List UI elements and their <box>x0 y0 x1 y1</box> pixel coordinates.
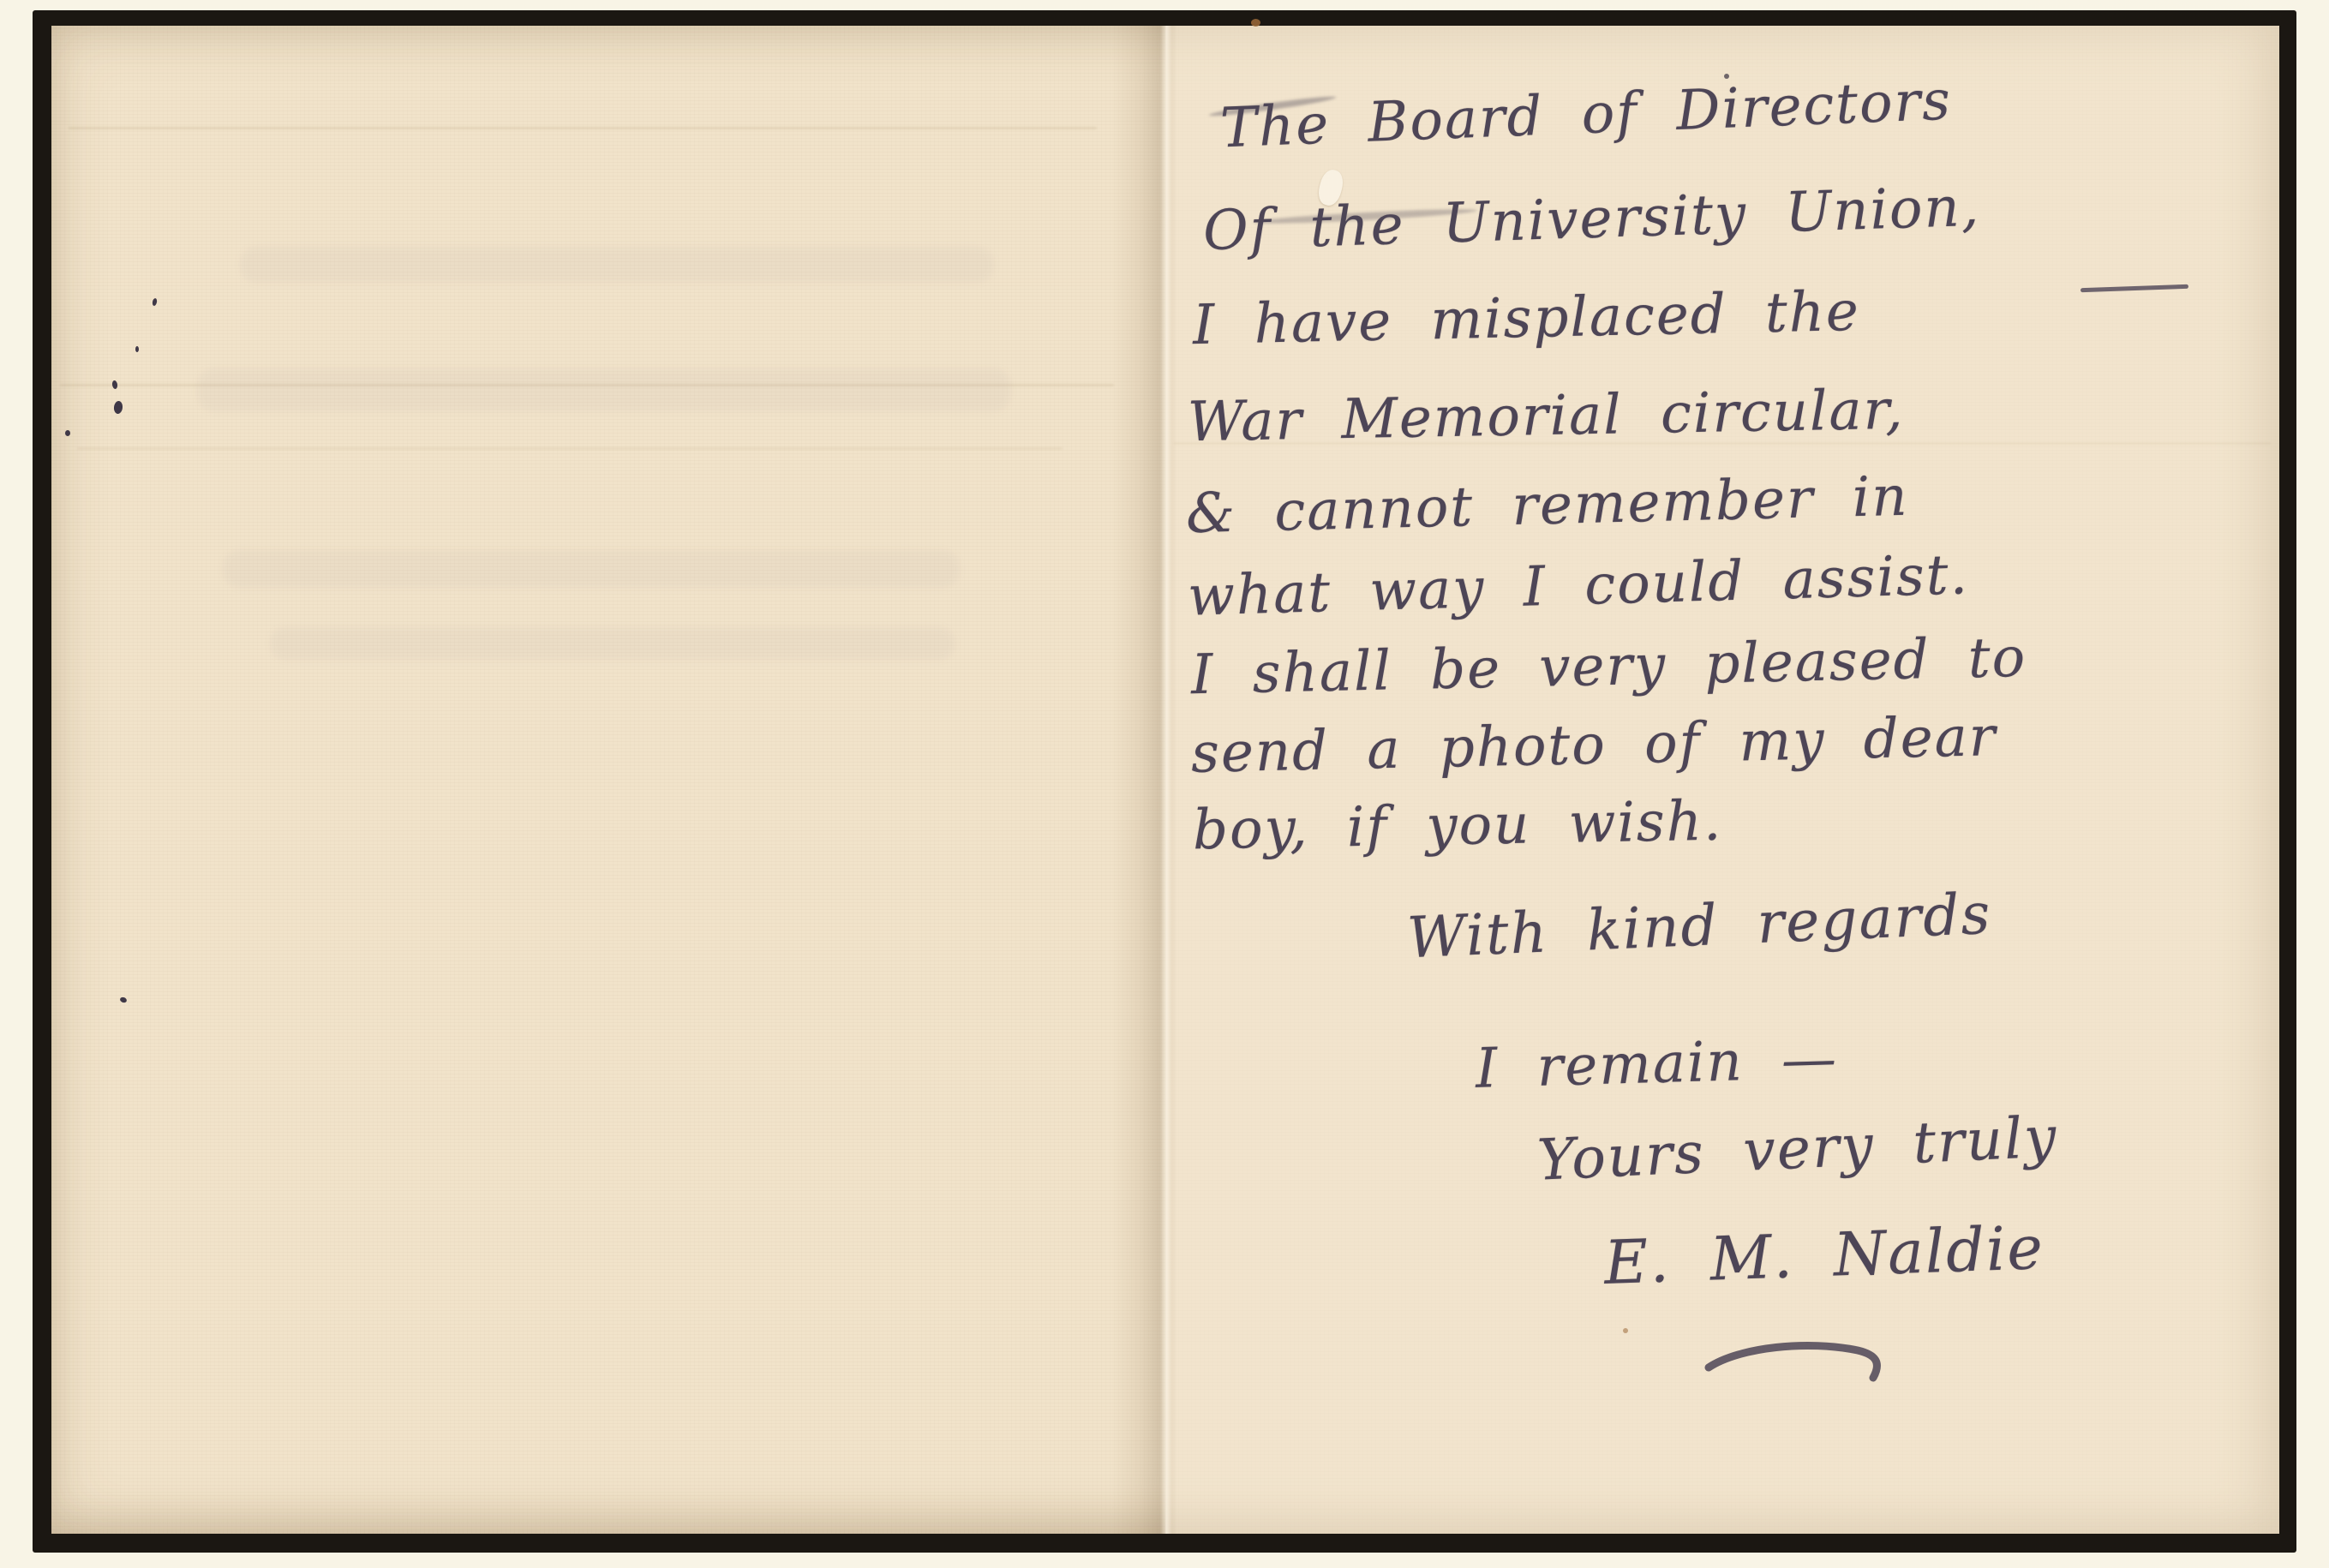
ink-spot <box>113 401 123 415</box>
paper-crease <box>77 447 1063 450</box>
ink-spot <box>135 346 139 352</box>
handwritten-line: boy, if you wish. <box>1192 794 1722 859</box>
letter-paper: The Board of Directors Of the University… <box>51 26 2279 1534</box>
foxing-spot <box>1623 1328 1628 1333</box>
ink-showthrough <box>223 550 960 588</box>
ink-showthrough <box>270 627 955 660</box>
handwritten-line: War Memorial circular, <box>1188 383 1905 451</box>
signature: E. M. Naldie <box>1603 1218 2045 1293</box>
ink-spot <box>119 996 128 1003</box>
handwritten-line: I shall be very pleased to <box>1190 631 2027 703</box>
scanned-letter: The Board of Directors Of the University… <box>0 0 2329 1568</box>
handwritten-line: & cannot remember in <box>1185 470 1909 542</box>
handwritten-line: I have misplaced the <box>1192 284 1860 353</box>
ink-spot <box>65 430 70 436</box>
handwritten-line: send a photo of my dear <box>1190 709 1997 781</box>
ink-showthrough <box>240 247 994 283</box>
paper-crease <box>69 127 1097 129</box>
signature-flourish <box>1703 1332 1901 1386</box>
ink-showthrough <box>197 368 1011 411</box>
closing-line: I remain — <box>1475 1032 1839 1097</box>
ink-spot <box>111 380 117 390</box>
ink-spot <box>152 298 158 307</box>
foxing-spot <box>1251 19 1260 27</box>
